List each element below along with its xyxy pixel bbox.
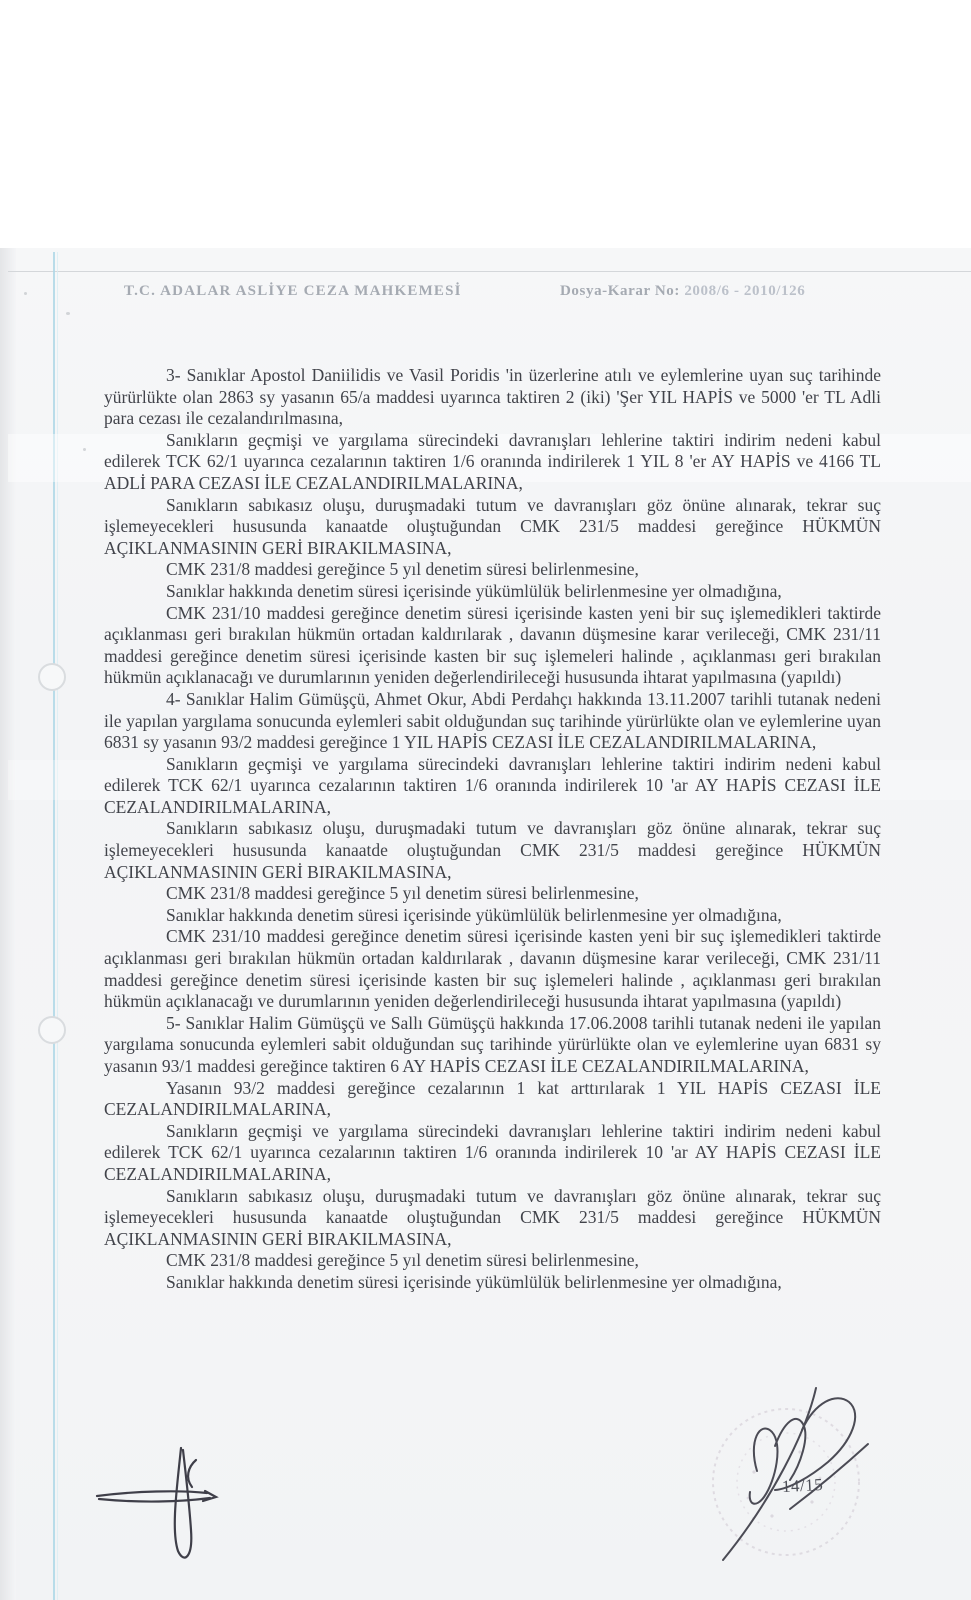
paragraph: Sanıklar hakkında denetim süresi içerisi…: [104, 1272, 881, 1294]
paragraph: Sanıklar hakkında denetim süresi içerisi…: [104, 905, 881, 927]
hole-punch-bottom: [38, 1016, 66, 1044]
paragraph-item-3: 3- Sanıklar Apostol Daniilidis ve Vasil …: [104, 365, 881, 430]
page-number: 14/15: [782, 1475, 824, 1497]
scan-speck: [66, 312, 70, 315]
paragraph: Sanıkların sabıkasız oluşu, duruşmadaki …: [104, 1186, 881, 1251]
hole-punch-top: [38, 663, 66, 691]
court-name: T.C. ADALAR ASLİYE CEZA MAHKEMESİ: [124, 283, 462, 300]
clerk-signature: [97, 1448, 216, 1558]
signatures-overlay: [0, 1330, 971, 1600]
paragraph: Sanıkların geçmişi ve yargılama sürecind…: [104, 1121, 881, 1186]
paragraph: CMK 231/10 maddesi gereğince denetim sür…: [104, 603, 881, 689]
paragraph: Sanıkların sabıkasız oluşu, duruşmadaki …: [104, 818, 881, 883]
case-number-value: 2008/6 - 2010/126: [684, 283, 805, 299]
paragraph-item-4: 4- Sanıklar Halim Gümüşçü, Ahmet Okur, A…: [104, 689, 881, 754]
case-number: Dosya-Karar No: 2008/6 - 2010/126: [560, 283, 805, 300]
paragraph: CMK 231/8 maddesi gereğince 5 yıl deneti…: [104, 883, 881, 905]
paragraph: CMK 231/8 maddesi gereğince 5 yıl deneti…: [104, 559, 881, 581]
case-number-label: Dosya-Karar No:: [560, 283, 680, 299]
judgment-text: 3- Sanıklar Apostol Daniilidis ve Vasil …: [104, 365, 881, 1294]
paragraph: CMK 231/10 maddesi gereğince denetim sür…: [104, 926, 881, 1012]
paragraph: Sanıklar hakkında denetim süresi içerisi…: [104, 581, 881, 603]
scan-speck: [83, 448, 86, 451]
paragraph-item-5: 5- Sanıklar Halim Gümüşçü ve Sallı Gümüş…: [104, 1013, 881, 1078]
paragraph: CMK 231/8 maddesi gereğince 5 yıl deneti…: [104, 1250, 881, 1272]
paragraph: Yasanın 93/2 maddesi gereğince cezaların…: [104, 1078, 881, 1121]
judge-signature: [723, 1388, 868, 1560]
paragraph: Sanıkların geçmişi ve yargılama sürecind…: [104, 430, 881, 495]
page-top-edge: [8, 271, 971, 272]
paragraph: Sanıkların geçmişi ve yargılama sürecind…: [104, 754, 881, 819]
scan-speck: [24, 292, 27, 295]
paragraph: Sanıkların sabıkasız oluşu, duruşmadaki …: [104, 495, 881, 560]
